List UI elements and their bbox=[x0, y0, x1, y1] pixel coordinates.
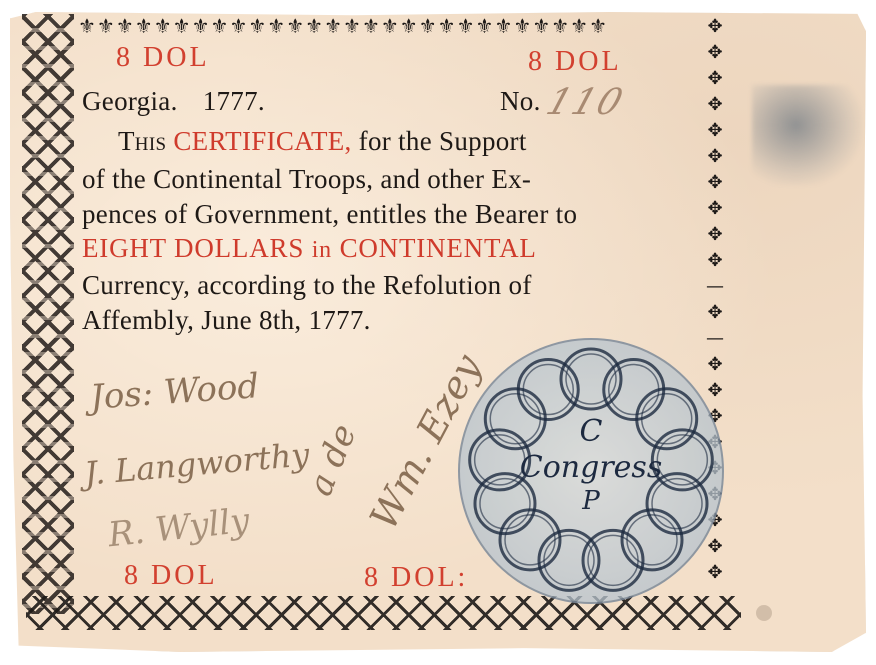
certificate-title: CERTIFICATE, bbox=[173, 126, 351, 156]
congress-seal: C Congress P bbox=[458, 338, 724, 604]
denomination-bottom-left: 8 DOL bbox=[124, 560, 218, 592]
ink-smudge bbox=[752, 85, 862, 185]
issue-year: 1777. bbox=[203, 86, 265, 116]
header-line: Georgia. 1777. bbox=[82, 86, 265, 117]
body-line-4: EIGHT DOLLARS in CONTINENTAL bbox=[82, 233, 537, 264]
body-line-2: of the Continental Troops, and other Ex- bbox=[82, 164, 531, 195]
ornamental-border-left bbox=[22, 14, 74, 614]
body-line-6: Affembly, June 8th, 1777. bbox=[82, 305, 371, 336]
amount-text: EIGHT DOLLARS bbox=[82, 233, 304, 263]
seal-congress-text: Congress bbox=[460, 450, 722, 485]
serial-number: 110 bbox=[541, 82, 629, 123]
denomination-top-left: 8 DOL bbox=[116, 42, 210, 74]
currency-text: CONTINENTAL bbox=[340, 233, 537, 263]
denomination-bottom-right: 8 DOL: bbox=[364, 562, 468, 594]
body-line-3: pences of Government, entitles the Beare… bbox=[82, 199, 577, 230]
paper-stain bbox=[756, 605, 772, 621]
body-line-1: This CERTIFICATE, for the Support bbox=[118, 126, 527, 157]
denomination-top-right: 8 DOL bbox=[528, 46, 622, 78]
fleur-de-lis-border-top: ⚜⚜⚜⚜⚜⚜⚜⚜⚜⚜⚜⚜⚜⚜⚜⚜⚜⚜⚜⚜⚜⚜⚜⚜⚜⚜⚜⚜ bbox=[78, 14, 698, 38]
body-line-5: Currency, according to the Refolution of bbox=[82, 270, 532, 301]
number-label: No. bbox=[500, 86, 541, 117]
state-name: Georgia. bbox=[82, 86, 178, 116]
